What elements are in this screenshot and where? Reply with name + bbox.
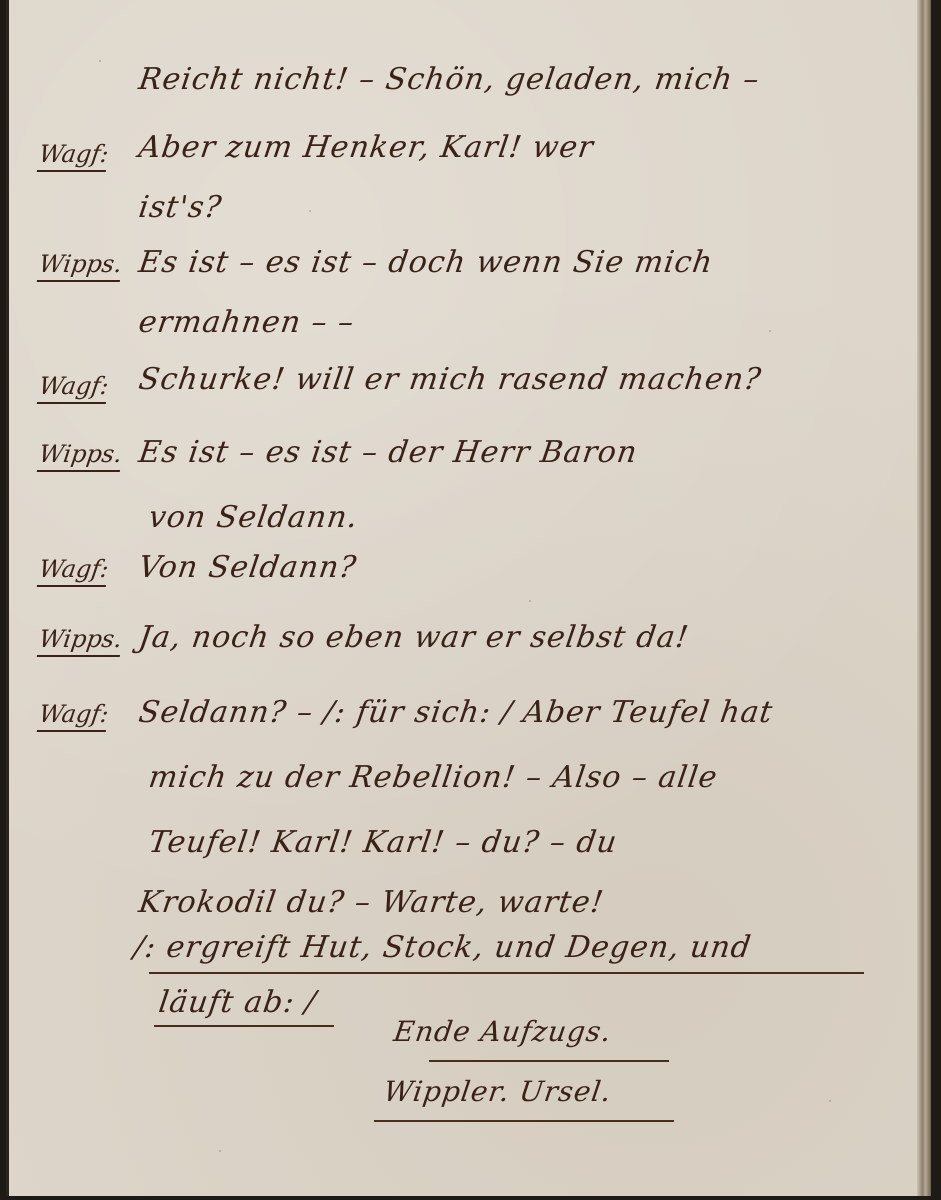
speaker-label: Wagf: xyxy=(37,700,111,732)
speaker-label: Wipps. xyxy=(37,250,124,282)
speaker-label: Wagf: xyxy=(37,140,111,172)
underline-rule xyxy=(149,972,864,974)
speaker-label: Wagf: xyxy=(37,372,111,404)
speaker-label: Wagf: xyxy=(37,555,111,587)
text-line: Reicht nicht! – Schön, geladen, mich – xyxy=(137,62,762,97)
text-line: Seldann? – /: für sich: / Aber Teufel ha… xyxy=(137,695,776,730)
paper-speck xyxy=(219,1150,221,1152)
stage-direction: /: ergreift Hut, Stock, und Degen, und xyxy=(132,930,754,965)
text-line: Krokodil du? – Warte, warte! xyxy=(137,885,607,920)
text-line: Aber zum Henker, Karl! wer xyxy=(137,130,596,165)
speaker-label: Wipps. xyxy=(37,625,124,657)
text-line: Es ist – es ist – doch wenn Sie mich xyxy=(137,245,716,280)
text-line: von Seldann. xyxy=(147,500,361,535)
paper-speck xyxy=(829,1100,831,1102)
text-line: ermahnen – – xyxy=(137,305,357,340)
text-line: mich zu der Rebellion! – Also – alle xyxy=(147,760,720,795)
underline-rule xyxy=(374,1120,674,1122)
paper-speck xyxy=(309,210,311,212)
paper-speck xyxy=(529,600,531,602)
binding-edge xyxy=(917,0,931,1196)
stage-direction: läuft ab: / xyxy=(157,985,319,1020)
text-line: Schurke! will er mich rasend machen? xyxy=(137,362,764,397)
text-line: ist's? xyxy=(137,190,225,225)
manuscript-page: Reicht nicht! – Schön, geladen, mich – W… xyxy=(6,0,931,1196)
underline-rule xyxy=(429,1060,669,1062)
text-line: Teufel! Karl! Karl! – du? – du xyxy=(147,825,620,860)
text-line: Es ist – es ist – der Herr Baron xyxy=(137,435,640,470)
closing-line-1: Ende Aufzugs. xyxy=(392,1015,614,1048)
underline-rule xyxy=(154,1025,334,1027)
speaker-label: Wipps. xyxy=(37,440,124,472)
text-line: Von Seldann? xyxy=(137,550,359,585)
paper-speck xyxy=(99,60,101,62)
text-line: Ja, noch so eben war er selbst da! xyxy=(137,620,692,655)
paper-speck xyxy=(769,330,771,332)
closing-line-2: Wippler. Ursel. xyxy=(382,1075,614,1108)
